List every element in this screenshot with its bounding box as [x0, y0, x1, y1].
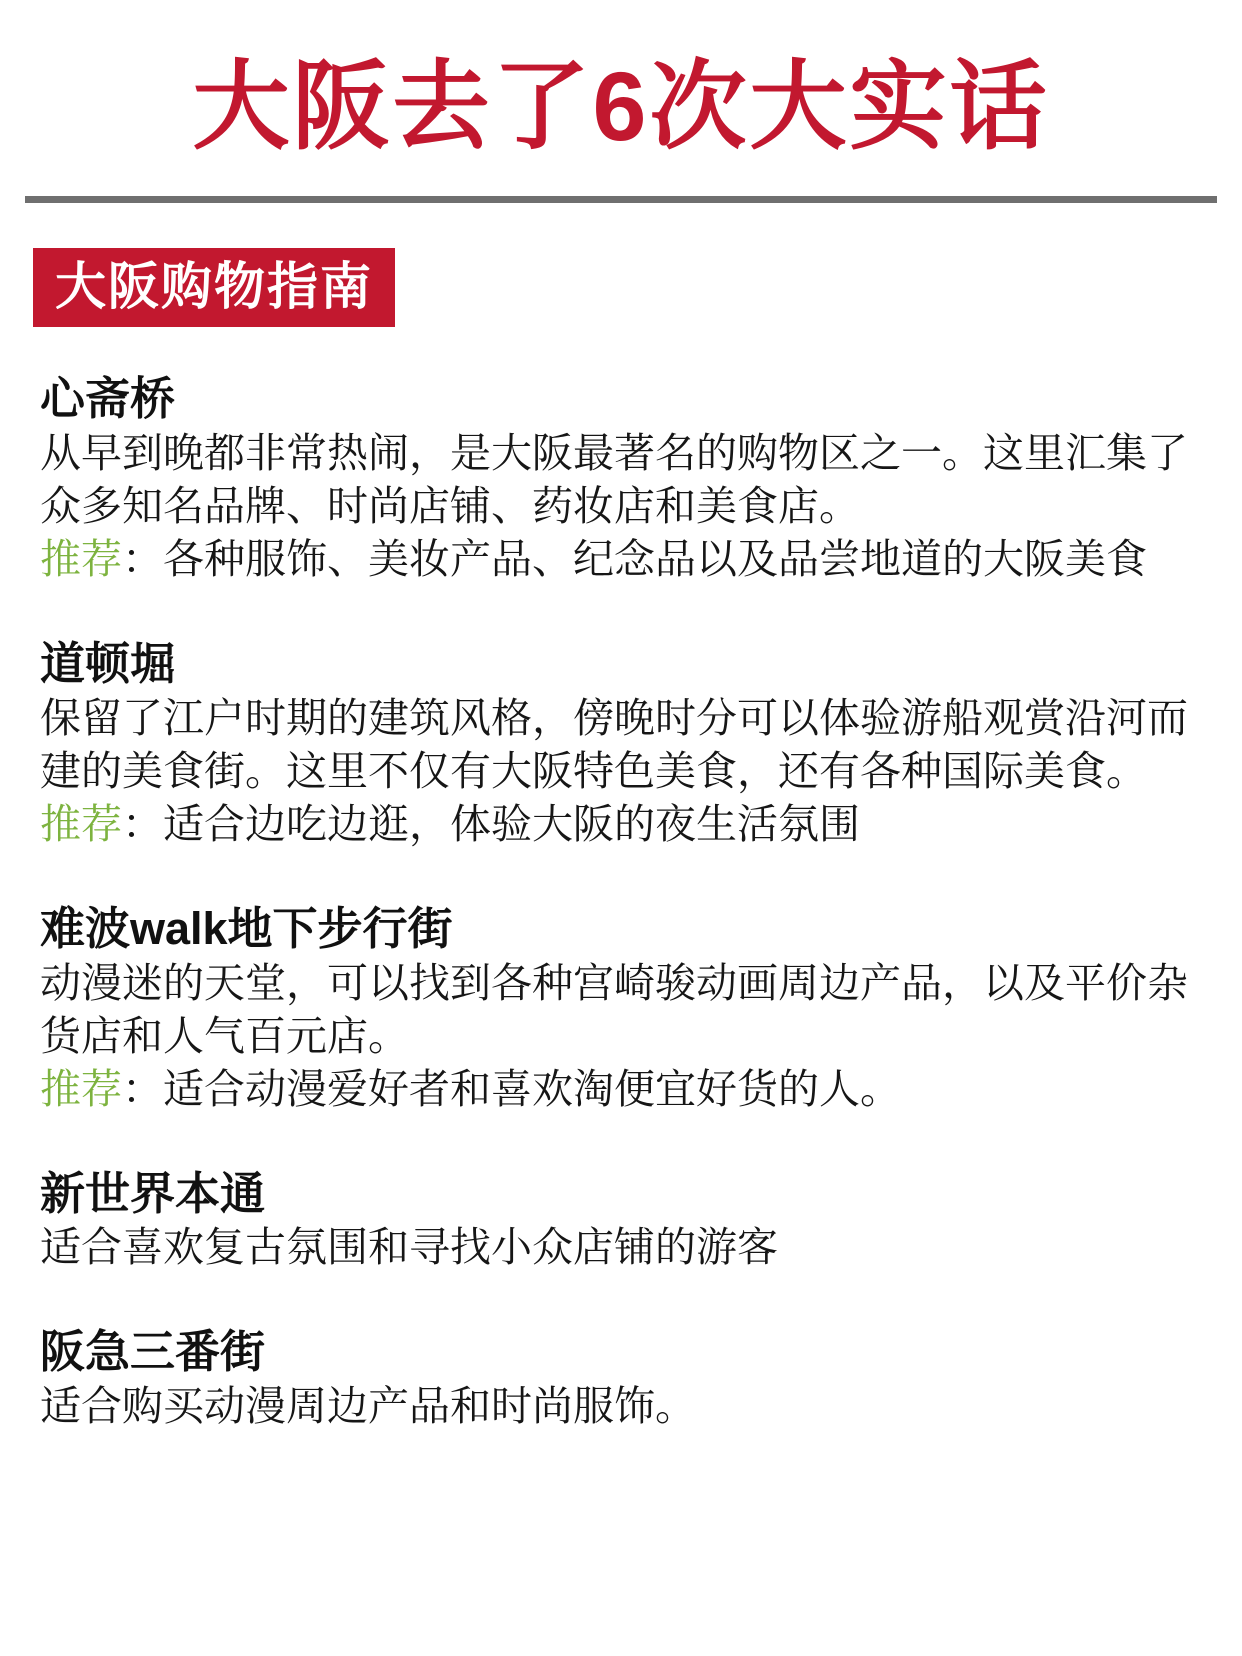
recommend-text: ：适合动漫爱好者和喜欢淘便宜好货的人。: [122, 1066, 901, 1112]
page: 大阪去了6次大实话 大阪购物指南 心斋桥 从早到晚都非常热闹，是大阪最著名的购物…: [0, 0, 1242, 1656]
section-title: 新世界本通: [40, 1168, 1202, 1220]
content: 心斋桥 从早到晚都非常热闹，是大阪最著名的购物区之一。这里汇集了 众多知名品牌、…: [0, 373, 1242, 1433]
section-body: 动漫迷的天堂，可以找到各种宫崎骏动画周边产品，以及平价杂 货店和人气百元店。: [40, 957, 1202, 1063]
section-shinsaibashi: 心斋桥 从早到晚都非常热闹，是大阪最著名的购物区之一。这里汇集了 众多知名品牌、…: [40, 373, 1202, 586]
section-body: 保留了江户时期的建筑风格，傍晚时分可以体验游船观赏沿河而 建的美食街。这里不仅有…: [40, 692, 1202, 798]
recommend-label: 推荐: [40, 1066, 122, 1112]
section-title: 道顿堀: [40, 638, 1202, 690]
section-body: 从早到晚都非常热闹，是大阪最著名的购物区之一。这里汇集了 众多知名品牌、时尚店铺…: [40, 427, 1202, 533]
section-title: 阪急三番街: [40, 1326, 1202, 1378]
recommend-text: ：适合边吃边逛，体验大阪的夜生活氛围: [122, 801, 860, 847]
section-title: 难波walk地下步行街: [40, 903, 1202, 955]
section-body: 适合喜欢复古氛围和寻找小众店铺的游客: [40, 1221, 1202, 1274]
divider: [25, 196, 1217, 203]
shopping-guide-badge: 大阪购物指南: [33, 248, 395, 327]
section-body: 适合购买动漫周边产品和时尚服饰。: [40, 1380, 1202, 1433]
recommend-label: 推荐: [40, 536, 122, 582]
section-hankyu-sanbangai: 阪急三番街 适合购买动漫周边产品和时尚服饰。: [40, 1326, 1202, 1433]
recommend-line: 推荐：各种服饰、美妆产品、纪念品以及品尝地道的大阪美食: [40, 533, 1202, 586]
recommend-line: 推荐：适合边吃边逛，体验大阪的夜生活氛围: [40, 798, 1202, 851]
section-shinsekai-hondori: 新世界本通 适合喜欢复古氛围和寻找小众店铺的游客: [40, 1168, 1202, 1275]
section-dotonbori: 道顿堀 保留了江户时期的建筑风格，傍晚时分可以体验游船观赏沿河而 建的美食街。这…: [40, 638, 1202, 851]
recommend-line: 推荐：适合动漫爱好者和喜欢淘便宜好货的人。: [40, 1063, 1202, 1116]
section-title: 心斋桥: [40, 373, 1202, 425]
recommend-label: 推荐: [40, 801, 122, 847]
recommend-text: ：各种服饰、美妆产品、纪念品以及品尝地道的大阪美食: [122, 536, 1147, 582]
page-title: 大阪去了6次大实话: [0, 0, 1242, 166]
section-namba-walk: 难波walk地下步行街 动漫迷的天堂，可以找到各种宫崎骏动画周边产品，以及平价杂…: [40, 903, 1202, 1116]
